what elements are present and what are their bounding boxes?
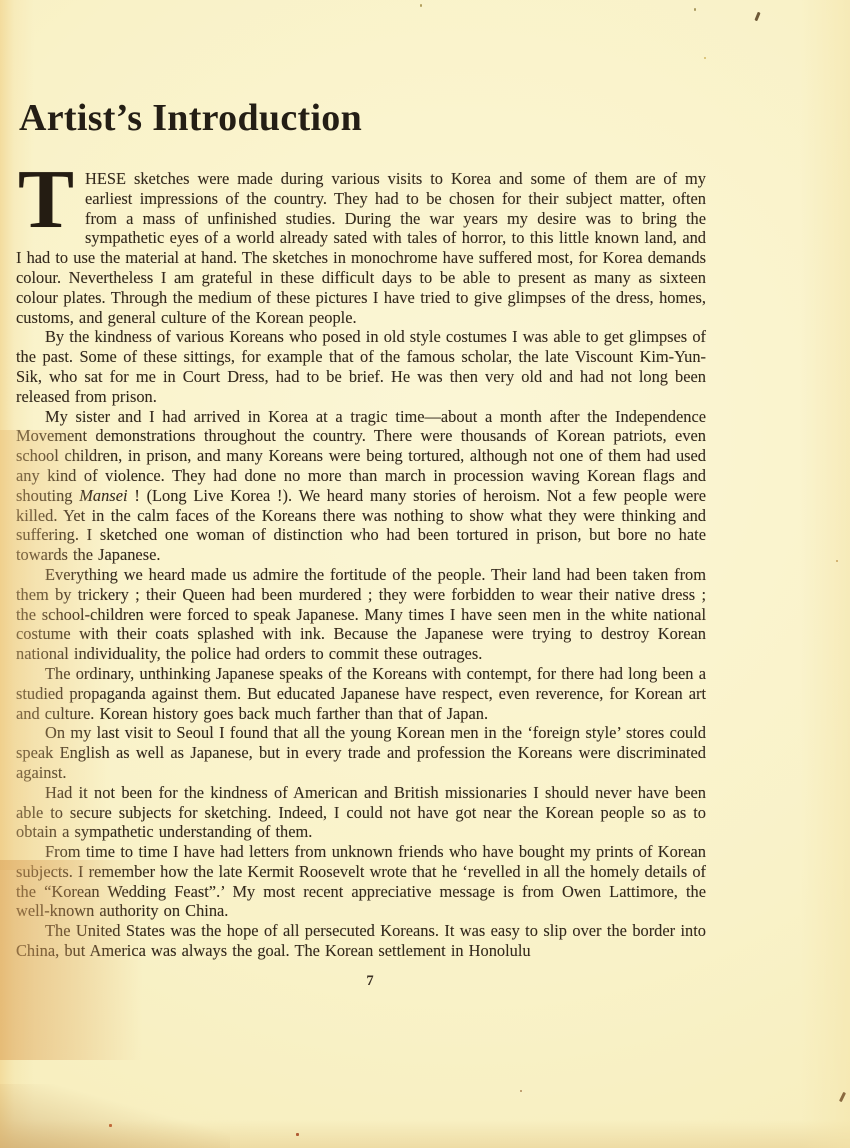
text-segment: From time to time I have had letters fro… — [16, 842, 706, 920]
page-content: Artist’s Introduction THESE sketches wer… — [16, 96, 706, 990]
text-segment: On my last visit to Seoul I found that a… — [16, 723, 706, 782]
page-title: Artist’s Introduction — [19, 96, 706, 140]
paragraph: The ordinary, unthinking Japanese speaks… — [16, 664, 706, 723]
paragraph: Everything we heard made us admire the f… — [16, 565, 706, 664]
drop-cap-letter: T — [18, 170, 74, 229]
text-segment: HESE sketches were made during various v… — [16, 169, 706, 327]
text-segment: Everything we heard made us admire the f… — [16, 565, 706, 663]
text-segment: Had it not been for the kindness of Amer… — [16, 783, 706, 842]
text-segment: The United States was the hope of all pe… — [16, 921, 706, 960]
paragraph: Had it not been for the kindness of Amer… — [16, 783, 706, 842]
paragraph: From time to time I have had letters fro… — [16, 842, 706, 921]
paragraph: On my last visit to Seoul I found that a… — [16, 723, 706, 782]
page-number: 7 — [25, 973, 715, 990]
italic-text-segment: Mansei — [79, 486, 127, 505]
paragraph: My sister and I had arrived in Korea at … — [16, 407, 706, 565]
text-segment: By the kindness of various Koreans who p… — [16, 327, 706, 405]
paragraph: By the kindness of various Koreans who p… — [16, 327, 706, 406]
text-segment: The ordinary, unthinking Japanese speaks… — [16, 664, 706, 723]
paragraph: The United States was the hope of all pe… — [16, 921, 706, 961]
paragraphs: THESE sketches were made during various … — [16, 169, 706, 961]
paragraph: THESE sketches were made during various … — [16, 169, 706, 327]
